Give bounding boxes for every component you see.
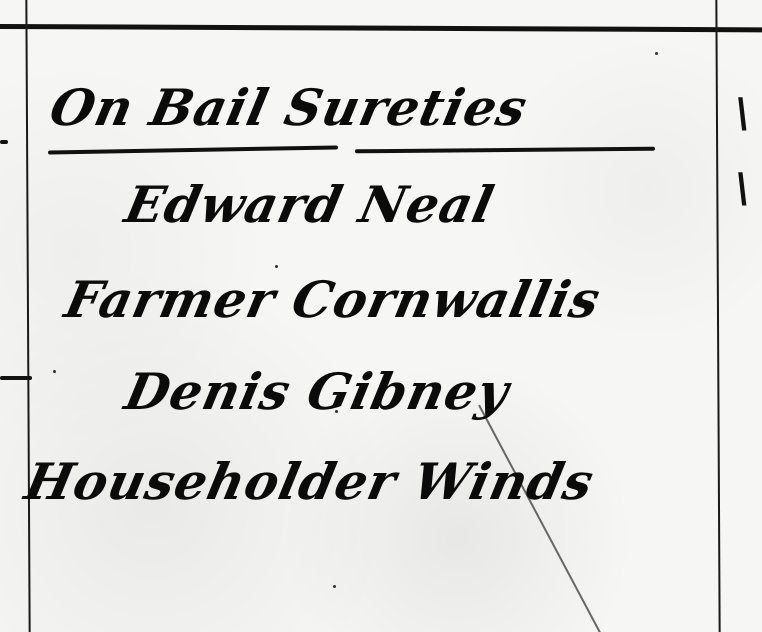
- heading-word-on: On: [45, 78, 139, 137]
- surety-name-1: Edward Neal: [120, 175, 500, 234]
- surety-occupation-place-2: Householder Winds: [20, 452, 599, 511]
- ink-speck: [333, 585, 336, 588]
- heading: OnBailSureties: [45, 78, 551, 137]
- surety-name-2: Denis Gibney: [120, 362, 514, 421]
- ink-speck: [275, 265, 278, 268]
- ink-speck: [655, 52, 658, 55]
- left-margin-fragment: [0, 140, 8, 144]
- ink-speck: [335, 410, 338, 413]
- right-margin-fragment-1: \: [735, 90, 750, 137]
- right-margin-fragment-2: \: [735, 165, 750, 212]
- ink-speck: [53, 370, 56, 373]
- heading-word-bail: Bail: [145, 78, 274, 137]
- surety-occupation-place-1: Farmer Cornwallis: [60, 270, 606, 329]
- left-margin-stroke: [0, 376, 32, 380]
- heading-word-sureties: Sureties: [280, 78, 533, 137]
